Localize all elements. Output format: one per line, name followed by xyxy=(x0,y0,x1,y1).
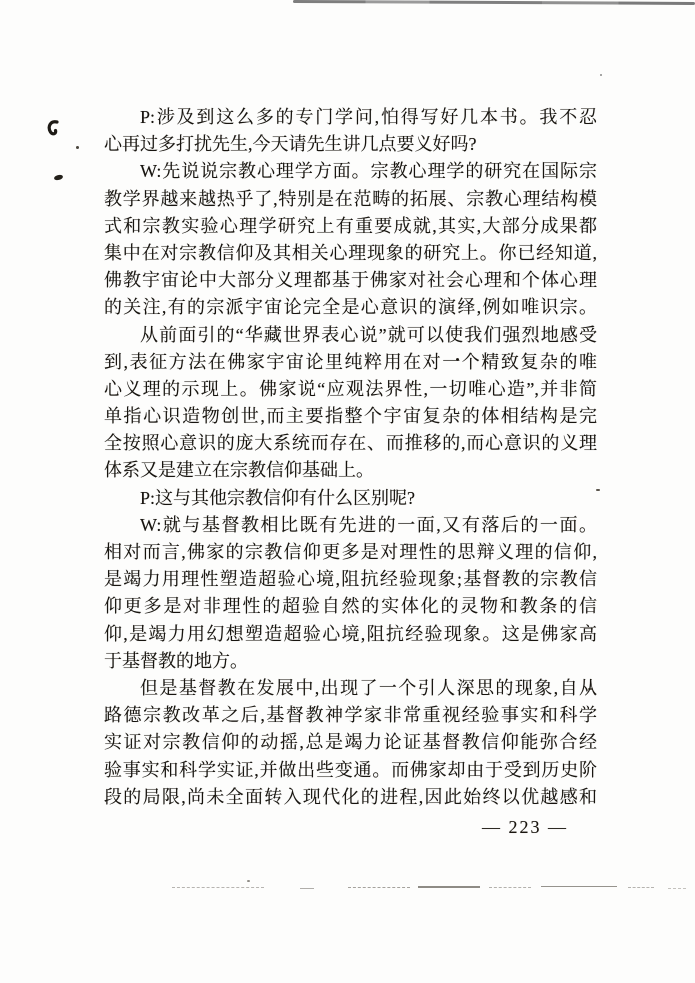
text-line: W:就与基督教相比既有先进的一面,又有落后的一面。 xyxy=(104,512,597,539)
text-line: 集中在对宗教信仰及其相关心理现象的研究上。你已经知道, xyxy=(104,240,597,267)
text-line: 仰,是竭力用幻想塑造超验心境,阻抗经验现象。这是佛家高 xyxy=(104,621,597,648)
text-line: P:这与其他宗教信仰有什么区别呢? xyxy=(104,485,597,512)
scan-speck xyxy=(600,74,602,76)
ink-blob-mark xyxy=(54,174,64,181)
text-line: 验事实和科学实证,并做出些变通。而佛家却由于受到历史阶 xyxy=(104,757,597,784)
body-text: P:涉及到这么多的专门学问,怕得写好几本书。我不忍心再过多打扰先生,今天请先生讲… xyxy=(104,104,597,811)
text-line: 佛教宇宙论中大部分义理都基于佛家对社会心理和个体心理 xyxy=(104,267,597,294)
text-line: 心再过多打扰先生,今天请先生讲几点要义好吗? xyxy=(104,131,597,158)
ink-crescent-mark xyxy=(45,118,61,138)
text-line: 单指心识造物创世,而主要指整个宇宙复杂的体相结构是完 xyxy=(104,403,597,430)
text-line: 路德宗教改革之后,基督教神学家非常重视经验事实和科学 xyxy=(104,702,597,729)
text-line: 实证对宗教信仰的动摇,总是竭力论证基督教信仰能弥合经 xyxy=(104,729,597,756)
text-line: 段的局限,尚未全面转入现代化的进程,因此始终以优越感和 xyxy=(104,784,597,811)
text-line: 相对而言,佛家的宗教信仰更多是对理性的思辩义理的信仰, xyxy=(104,539,597,566)
page-number: — 223 — xyxy=(482,817,592,838)
scan-smudge-line xyxy=(172,887,264,888)
text-line: W:先说说宗教心理学方面。宗教心理学的研究在国际宗 xyxy=(104,158,597,185)
text-line: P:涉及到这么多的专门学问,怕得写好几本书。我不忍 xyxy=(104,104,597,131)
scan-smudge-line xyxy=(541,886,617,887)
text-line: 但是基督教在发展中,出现了一个引人深思的现象,自从 xyxy=(104,675,597,702)
scan-smudge-line xyxy=(418,886,480,888)
text-line: 于基督教的地方。 xyxy=(104,648,597,675)
ink-dot-mark xyxy=(76,146,79,149)
scan-smudge-line xyxy=(668,888,686,889)
text-line: 到,表征方法在佛家宇宙论里纯粹用在对一个精致复杂的唯 xyxy=(104,349,597,376)
text-line: 体系又是建立在宗教信仰基础上。 xyxy=(104,457,597,484)
scan-smudge-line xyxy=(489,887,531,888)
scan-smudge-line xyxy=(300,888,314,889)
text-line: 从前面引的“华藏世界表心说”就可以使我们强烈地感受 xyxy=(104,322,597,349)
text-line: 式和宗教实验心理学研究上有重要成就,其实,大部分成果都 xyxy=(104,213,597,240)
text-line: 仰更多是对非理性的超验自然的实体化的灵物和教条的信 xyxy=(104,593,597,620)
scan-speck xyxy=(247,880,250,882)
scanned-book-page: P:涉及到这么多的专门学问,怕得写好几本书。我不忍心再过多打扰先生,今天请先生讲… xyxy=(0,0,695,983)
text-line: 是竭力用理性塑造超验心境,阻抗经验现象;基督教的宗教信 xyxy=(104,566,597,593)
text-line: 全按照心意识的庞大系统而存在、而推移的,而心意识的义理 xyxy=(104,430,597,457)
text-line: 的关注,有的宗派宇宙论完全是心意识的演绎,例如唯识宗。 xyxy=(104,294,597,321)
text-line: 心义理的示现上。佛家说“应观法界性,一切唯心造”,并非简 xyxy=(104,376,597,403)
scan-smudge-line xyxy=(628,887,654,888)
page-top-edge-shadow xyxy=(293,0,695,5)
text-line: 教学界越来越热乎了,特别是在范畴的拓展、宗教心理结构模 xyxy=(104,186,597,213)
scan-smudge-line xyxy=(348,887,410,888)
